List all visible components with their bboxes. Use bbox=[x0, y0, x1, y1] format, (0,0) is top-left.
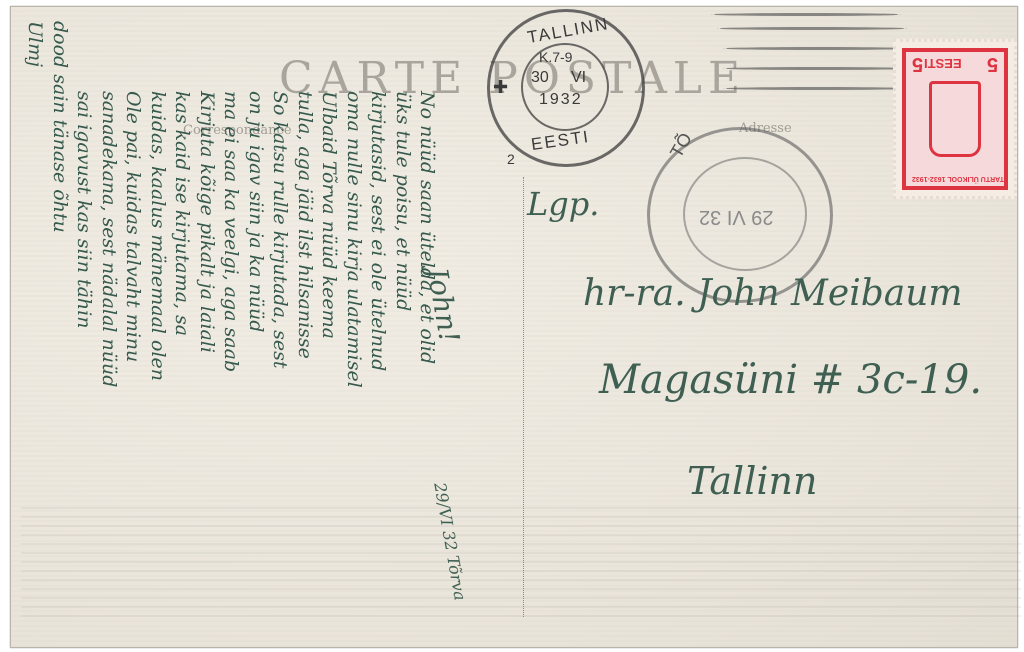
message-line: sai igavust kas siin tähin bbox=[73, 91, 95, 328]
message-line: Ulbaid Tõrva nüüd keema bbox=[318, 91, 340, 339]
address-prefix: Lgp. bbox=[527, 185, 599, 223]
postcard: CARTE POSTALE Correspondance Adresse TAL… bbox=[10, 6, 1018, 648]
message-line: kas kaid ise kirjutama, sa bbox=[171, 91, 193, 336]
postmark-date: 29 VI 32 bbox=[699, 205, 774, 228]
message-line: kirjutasid, sest ei ole ütelnud bbox=[367, 91, 389, 371]
message-line: Ulmj bbox=[24, 21, 46, 67]
center-divider bbox=[523, 177, 525, 617]
stamp-country: EESTI bbox=[924, 56, 962, 71]
message-line: on ju igav siin ja ka nüüd bbox=[245, 91, 267, 332]
message-line: tulla, aga jäid ilst hilsanisse bbox=[294, 91, 316, 359]
postmark-time: K.7-9 bbox=[539, 49, 572, 65]
address-recipient: hr-ra. John Meibaum bbox=[583, 273, 963, 314]
cross-icon: ✚ bbox=[493, 77, 508, 98]
postmark-second: TÕ 29 VI 32 bbox=[647, 127, 847, 287]
stamp-value-top: 5 bbox=[912, 52, 923, 75]
message-line: ma ei saa ka veelgi, aga saab bbox=[220, 91, 242, 372]
message-line: oma nulle sinu kirja ulatamisel bbox=[343, 91, 365, 388]
postmark-day: 30 bbox=[531, 69, 549, 87]
postmark-year: 1932 bbox=[539, 91, 583, 109]
address-city: Tallinn bbox=[687, 459, 817, 503]
message-line: sanadekana, sest nädalal nüüd bbox=[98, 91, 120, 387]
postmark-month: VI bbox=[571, 69, 586, 87]
postmark-tallinn: TALLINN K.7-9 30 VI 1932 EESTI 2 ✚ bbox=[487, 9, 647, 169]
message-body: No nüüd saan ütelda, et olidüks tule poi… bbox=[33, 91, 453, 631]
message-line: üks tule poisu, et nüüd bbox=[392, 91, 414, 311]
message-line: Ole pai, kuidas talvaht minu bbox=[122, 91, 144, 362]
address-street: Magasüni # 3c-19. bbox=[599, 357, 982, 403]
message-line: dood sain tänase õhtu bbox=[49, 21, 71, 233]
message-line: kuidas, kaalus mänemaal olen bbox=[147, 91, 169, 381]
postage-stamp: EESTI 5 5 TARTU ÜLIKOOL 1632-1932 bbox=[893, 39, 1017, 199]
tower-illustration-icon bbox=[929, 81, 981, 157]
message-line: Kirjuta kõige pikalt ja laiali bbox=[196, 91, 218, 353]
stamp-value-bottom: 5 bbox=[987, 52, 998, 75]
stamp-inscription: TARTU ÜLIKOOL 1632-1932 bbox=[912, 175, 1004, 182]
message-line: So katsu rulle kirjutada, sest bbox=[269, 91, 291, 368]
postmark-office-number: 2 bbox=[507, 151, 515, 167]
message-line: No nüüd saan ütelda, et olid bbox=[416, 91, 438, 364]
